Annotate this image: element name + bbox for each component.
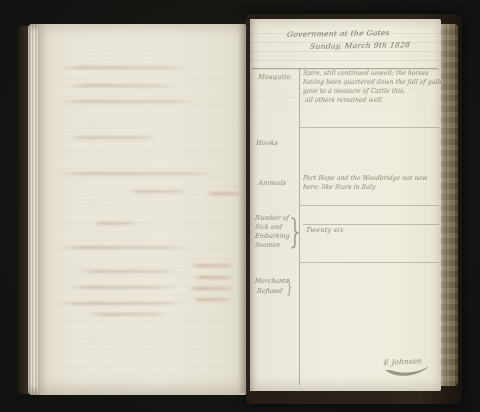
bleed-through-mark [206, 192, 242, 195]
entry3-label: Animals [258, 180, 287, 187]
page-heading-line1: Government at the Gates [287, 29, 391, 38]
entry1-text-line: having been quartered down the fall of g… [303, 80, 450, 86]
signature-flourish [384, 365, 433, 379]
bleed-through-mark [194, 276, 234, 279]
bleed-through-mark [93, 222, 138, 225]
entry4-label-line: Embarking [255, 234, 290, 240]
manuscript-photo: Government at the Gates Sunday, March 9t… [0, 0, 480, 412]
signature-block: E Johnson [384, 358, 433, 379]
entry-divider-rule [303, 224, 439, 225]
right-page: Government at the Gates Sunday, March 9t… [250, 19, 441, 391]
bleed-through-mark [192, 298, 232, 301]
entry-divider-rule [300, 205, 439, 206]
entry4-label-line: Sick and [255, 225, 283, 231]
bleed-through-mark [56, 172, 216, 175]
entry4-label-line: Number of [255, 216, 289, 222]
entry2-label: Hooks [256, 140, 279, 147]
entry3-text-line: Port Hope and the Woodbridge not now [303, 176, 428, 182]
bleed-through-mark [58, 66, 188, 69]
entry1-text-line: Spire, still continued unwell; the horse… [303, 71, 429, 77]
bleed-through-mark [88, 313, 168, 316]
bleed-through-mark [66, 84, 176, 87]
entry1-text-line: all others remained well. [305, 98, 384, 104]
bleed-through-mark [68, 286, 178, 289]
bleed-through-mark [58, 100, 198, 103]
bleed-through-mark [78, 270, 178, 273]
page-heading-line2: Sunday, March 9th 1828 [310, 41, 411, 50]
entry-divider-rule [300, 127, 439, 128]
entry4-brace: } [289, 215, 301, 249]
entry1-text-line: gave to a measure of Cattle this, [303, 89, 406, 95]
entry-divider-rule [300, 262, 439, 263]
entry1-label: Mosquito [258, 74, 292, 81]
bleed-through-mark [58, 302, 183, 305]
bleed-through-mark [190, 264, 234, 267]
bleed-through-mark [58, 246, 188, 249]
left-page [38, 24, 246, 395]
gutter-shadow [238, 20, 256, 393]
entry5-label-line: Refused [257, 289, 283, 295]
entry3-text-line: here; like Stars in Italy [303, 185, 376, 191]
entry4-label-line: Seamen [255, 243, 281, 249]
bleed-through-mark [68, 136, 158, 139]
bleed-through-mark [188, 287, 234, 290]
entry4-value: Twenty six [306, 227, 344, 234]
header-rule [252, 68, 438, 69]
bleed-through-mark [128, 190, 188, 193]
fore-edge-page-stack [441, 24, 458, 386]
entry5-label-line: Merchants [255, 279, 289, 285]
entry5-brace: } [286, 278, 293, 297]
